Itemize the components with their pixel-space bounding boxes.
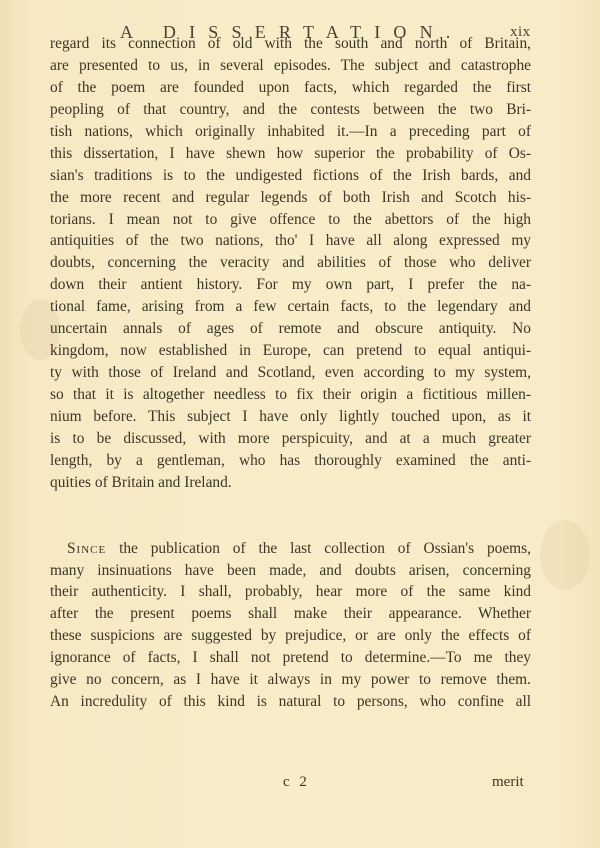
text-line: tish nations, which originally inhabited… xyxy=(50,121,531,143)
text-line: torians. I mean not to give offence to t… xyxy=(50,209,531,231)
text-line-first: Since the publication of the last collec… xyxy=(50,538,531,560)
text-line: these suspicions are suggested by prejud… xyxy=(50,625,531,647)
smallcaps-lead: Since xyxy=(67,540,106,557)
paragraph-2: Since the publication of the last collec… xyxy=(50,538,531,714)
text-line: of the poem are founded upon facts, whic… xyxy=(50,77,531,99)
text-line: length, by a gentleman, who has thorough… xyxy=(50,450,531,472)
text-line: tional fame, arising from a few certain … xyxy=(50,296,531,318)
text-line: uncertain annals of ages of remote and o… xyxy=(50,318,531,340)
text-line: quities of Britain and Ireland. xyxy=(50,472,531,494)
paragraph-1: regard its connection of old with the so… xyxy=(50,33,531,494)
page-footer: c 2 merit xyxy=(0,774,600,798)
text-line: ignorance of facts, I shall not pretend … xyxy=(50,647,531,669)
text-line: down their antient history. For my own p… xyxy=(50,274,531,296)
text-line: the more recent and regular legends of b… xyxy=(50,187,531,209)
text-line: sian's traditions is to the undigested f… xyxy=(50,165,531,187)
text-line: regard its connection of old with the so… xyxy=(50,33,531,55)
book-page: A DISSERTATION. xix regard its connectio… xyxy=(0,0,600,848)
text-line: are presented to us, in several episodes… xyxy=(50,55,531,77)
text-line: their authenticity. I shall, probably, h… xyxy=(50,581,531,603)
catchword: merit xyxy=(492,774,524,791)
text-line: doubts, concerning the veracity and abil… xyxy=(50,252,531,274)
text-line: many insinuations have been made, and do… xyxy=(50,560,531,582)
body-text: regard its connection of old with the so… xyxy=(50,33,531,713)
paper-stain xyxy=(540,520,590,590)
text-line: peopling of that country, and the contes… xyxy=(50,99,531,121)
text-fragment: the publication of the last collection o… xyxy=(106,540,531,557)
text-line: nium before. This subject I have only li… xyxy=(50,406,531,428)
text-line: this dissertation, I have shewn how supe… xyxy=(50,143,531,165)
text-line: give no concern, as I have it always in … xyxy=(50,669,531,691)
paragraph-break xyxy=(50,494,531,538)
text-line: antiquities of the two nations, tho' I h… xyxy=(50,230,531,252)
text-line: An incredulity of this kind is natural t… xyxy=(50,691,531,713)
text-line: kingdom, now established in Europe, can … xyxy=(50,340,531,362)
text-line: so that it is altogether needless to fix… xyxy=(50,384,531,406)
text-line: after the present poems shall make their… xyxy=(50,603,531,625)
text-line: ty with those of Ireland and Scotland, e… xyxy=(50,362,531,384)
text-line: is to be discussed, with more perspicuit… xyxy=(50,428,531,450)
signature-mark: c 2 xyxy=(283,774,310,791)
